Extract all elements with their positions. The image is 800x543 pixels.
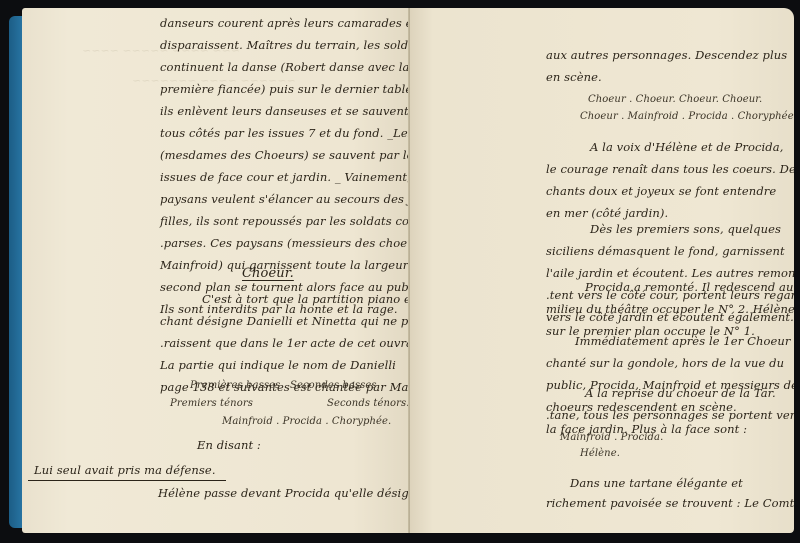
text-line: richement pavoisée se trouvent : Le Comt… <box>546 496 794 510</box>
voice-part: Premiers ténors <box>170 398 253 409</box>
voice-part: Premières basses <box>190 380 280 391</box>
text-line: milieu du théâtre occuper le N° 2. Hélèn… <box>546 302 794 316</box>
text-line: chants doux et joyeux se font entendre <box>546 184 776 198</box>
text-line: siciliens démasquent le fond, garnissent <box>546 244 785 258</box>
voice-part: Mainfroid . Procida . Choryphée. <box>222 416 391 427</box>
text-line: chanté sur la gondole, hors de la vue du <box>546 356 784 370</box>
text-line: .parses. Ces paysans (messieurs des choe… <box>160 236 410 250</box>
voice-part: Seconds ténors. <box>327 398 410 409</box>
right-page: aux autres personnages. Descendez plus e… <box>410 8 794 533</box>
text-line: A la voix d'Hélène et de Procida, <box>590 140 783 154</box>
character-line: Mainfroid . Procida. <box>560 432 663 443</box>
text-line: disparaissent. Maîtres du terrain, les s… <box>160 38 410 52</box>
text-line: tous côtés par les issues 7 et du fond. … <box>160 126 410 140</box>
text-line: ils enlèvent leurs danseuses et se sauve… <box>160 104 410 118</box>
text-line: (mesdames des Choeurs) se sauvent par le… <box>160 148 410 162</box>
text-line: Immédiatement après le 1er Choeur <box>575 334 791 348</box>
voice-part: Secondes basses. <box>290 380 380 391</box>
text-line: première fiancée) puis sur le dernier ta… <box>160 82 410 96</box>
text-line: filles, ils sont repoussés par les solda… <box>160 214 410 228</box>
underline-rule <box>28 480 226 481</box>
text-line: chant désigne Danielli et Ninetta qui ne… <box>160 314 410 328</box>
text-line: l'aile jardin et écoutent. Les autres re… <box>546 266 794 280</box>
text-line: le courage renaît dans tous les coeurs. … <box>546 162 794 176</box>
roster-line: Choeur . Mainfroid . Procida . Choryphée… <box>580 111 794 122</box>
stage-cue: En disant : <box>197 438 261 452</box>
character-line: Hélène. <box>580 448 620 459</box>
text-line: C'est à tort que la partition piano et <box>202 292 410 306</box>
text-line: issues de face cour et jardin. _ Vaineme… <box>160 170 410 184</box>
roster-line: Choeur . Choeur. Choeur. Choeur. <box>588 94 762 105</box>
section-heading: Choeur. <box>242 266 294 281</box>
text-line: Hélène passe devant Procida qu'elle dési… <box>158 486 410 500</box>
text-line: aux autres personnages. Descendez plus <box>546 48 787 62</box>
text-line: Dans une tartane élégante et <box>570 476 743 490</box>
text-line: Procida a remonté. Il redescend au <box>585 280 794 294</box>
text-line: paysans veulent s'élancer au secours des… <box>160 192 410 206</box>
text-line: en scène. <box>546 70 602 84</box>
text-line: A la reprise du choeur de la Tar. <box>585 386 776 400</box>
text-line: .tane, tous les personnages se portent v… <box>546 408 794 422</box>
sung-line: Lui seul avait pris ma défense. <box>34 463 216 477</box>
text-line: continuent la danse (Robert danse avec l… <box>160 60 409 74</box>
text-line: La partie qui indique le nom de Danielli <box>160 358 396 372</box>
left-page: ~~~ ~~~~ ~~~~~ ~~~~ ~~~~~~ ~~~~ ~~~~~~~ … <box>22 8 410 533</box>
text-line: .raissent que dans le 1er acte de cet ou… <box>160 336 410 350</box>
text-line: danseurs courent après leurs camarades e… <box>160 16 410 30</box>
text-line: Dès les premiers sons, quelques <box>590 222 781 236</box>
text-line: en mer (côté jardin). <box>546 206 668 220</box>
